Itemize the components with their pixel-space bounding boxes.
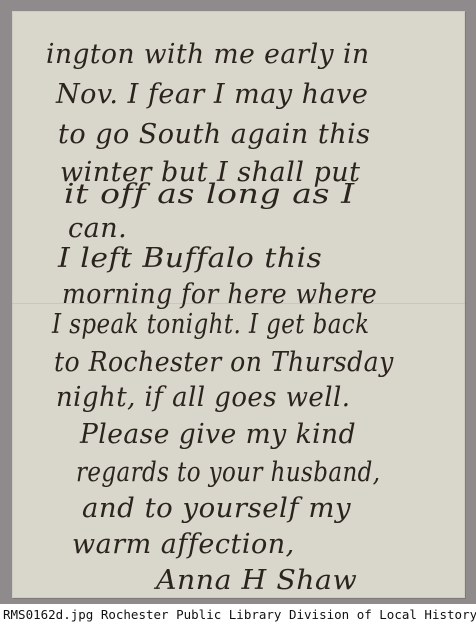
letter-line: ington with me early in xyxy=(46,39,370,71)
letter-line: Nov. I fear I may have xyxy=(56,79,368,111)
letter-line: I left Buffalo this xyxy=(58,243,322,275)
letter-line: it off as long as I xyxy=(64,179,355,211)
letter-page: ington with me early in Nov. I fear I ma… xyxy=(12,11,465,598)
mat-background: ington with me early in Nov. I fear I ma… xyxy=(0,0,476,604)
image-caption: RMS0162d.jpg Rochester Public Library Di… xyxy=(0,604,476,626)
letter-line: to go South again this xyxy=(58,119,371,151)
letter-line: regards to your husband, xyxy=(76,457,381,489)
letter-line: and to yourself my xyxy=(82,493,351,525)
letter-line: night, if all goes well. xyxy=(56,382,351,414)
letter-line: to Rochester on Thursday xyxy=(54,347,394,379)
letter-line: Please give my kind xyxy=(80,419,356,451)
letter-line: can. xyxy=(68,213,127,245)
letter-line: morning for here where xyxy=(62,279,377,311)
letter-line: warm affection, xyxy=(72,529,295,561)
letter-line: I speak tonight. I get back xyxy=(52,309,370,341)
signature: Anna H Shaw xyxy=(156,565,357,597)
